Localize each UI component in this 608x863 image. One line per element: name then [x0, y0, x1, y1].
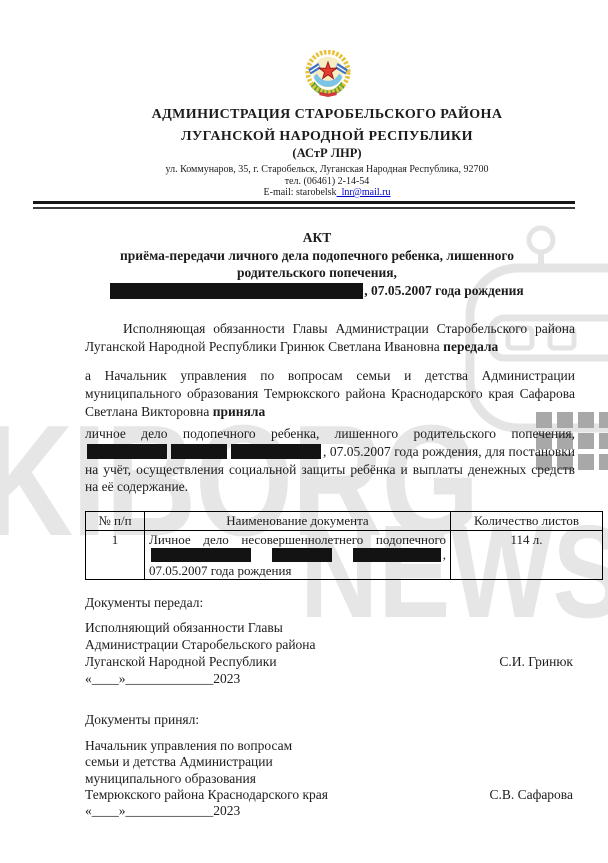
position-line: Исполняющий обязанности Главы: [85, 619, 575, 636]
title-line3: родительского попечения,: [60, 264, 574, 282]
position-line: муниципального образования: [85, 771, 575, 787]
position-line: Начальник управления по вопросам: [85, 738, 575, 754]
org-address: ул. Коммунаров, 35, г. Старобельск, Луга…: [47, 164, 607, 176]
paragraph-receiver: а Начальник управления по вопросам семьи…: [85, 367, 575, 420]
org-name-line2: ЛУГАНСКОЙ НАРОДНОЙ РЕСПУБЛИКИ: [47, 128, 607, 146]
document-content: АДМИНИСТРАЦИЯ СТАРОБЕЛЬСКОГО РАЙОНА ЛУГА…: [0, 0, 608, 863]
org-phone: тел. (06461) 2-14-54: [47, 176, 607, 188]
redaction-bar: [151, 548, 251, 562]
title-line2: приёма-передачи личного дела подопечного…: [60, 247, 574, 265]
docs-received-label: Документы принял:: [85, 712, 199, 728]
title-doc-type: АКТ: [60, 229, 574, 247]
docs-given-label: Документы передал:: [85, 595, 203, 611]
cell-text: Личное дело несовершеннолетнего подопечн…: [149, 532, 446, 547]
paragraph-subject: личное дело подопечного ребенка, лишенно…: [85, 425, 575, 496]
org-name-line1: АДМИНИСТРАЦИЯ СТАРОБЕЛЬСКОГО РАЙОНА: [47, 106, 607, 124]
documents-table: № п/п Наименование документа Количество …: [85, 511, 603, 580]
paragraph-text: а Начальник управления по вопросам семьи…: [85, 368, 575, 419]
table-header-sheets: Количество листов: [451, 512, 603, 531]
title-birthdate: , 07.05.2007 года рождения: [364, 283, 523, 298]
org-email-line: E-mail: starobelsk_lnr@mail.ru: [47, 187, 607, 199]
redaction-bar: [110, 283, 363, 299]
date-line: «____»_____________2023: [85, 803, 575, 819]
title-line4: , 07.05.2007 года рождения: [60, 282, 574, 300]
paragraph-text: личное дело подопечного ребенка, лишенно…: [85, 426, 575, 441]
position-line: Администрации Старобельского района: [85, 636, 575, 653]
signature-block-receiver: Начальник управления по вопросам семьи и…: [85, 738, 575, 819]
letterhead: АДМИНИСТРАЦИЯ СТАРОБЕЛЬСКОГО РАЙОНА ЛУГА…: [47, 106, 607, 199]
redaction-bar: [171, 444, 227, 459]
redaction-bar: [272, 548, 332, 562]
signature-block-transferor: Исполняющий обязанности Главы Администра…: [85, 619, 575, 687]
header-divider: [33, 201, 575, 209]
paragraph-bold-word: передала: [443, 339, 498, 354]
table-cell-sheets: 114 л.: [451, 530, 603, 580]
redaction-bar: [231, 444, 321, 459]
document-title: АКТ приёма-передачи личного дела подопеч…: [60, 229, 574, 299]
table-row: 1 Личное дело несовершеннолетнего подопе…: [86, 530, 603, 580]
table-header-row: № п/п Наименование документа Количество …: [86, 512, 603, 531]
signatory-name: С.И. Гринюк: [499, 653, 573, 670]
redaction-bar: [353, 548, 441, 562]
table-header-document: Наименование документа: [145, 512, 451, 531]
table-header-number: № п/п: [86, 512, 145, 531]
paragraph-text: Исполняющая обязанности Главы Администра…: [85, 321, 575, 354]
document-page: KIBORG NEWS: [0, 0, 608, 863]
table-cell-number: 1: [86, 530, 145, 580]
paragraph-transferor: Исполняющая обязанности Главы Администра…: [85, 320, 575, 356]
email-prefix: E-mail: starobelsk: [264, 187, 337, 198]
redaction-bar: [87, 444, 167, 459]
position-line: семьи и детства Администрации: [85, 754, 575, 770]
lnr-coat-of-arms-icon: [305, 50, 351, 98]
org-abbreviation: (АСтР ЛНР): [47, 146, 607, 161]
table-cell-document: Личное дело несовершеннолетнего подопечн…: [145, 530, 451, 580]
email-link[interactable]: _lnr@mail.ru: [337, 187, 391, 198]
paragraph-bold-word: приняла: [213, 404, 265, 419]
signatory-name: С.В. Сафарова: [489, 787, 573, 803]
date-line: «____»_____________2023: [85, 670, 575, 687]
